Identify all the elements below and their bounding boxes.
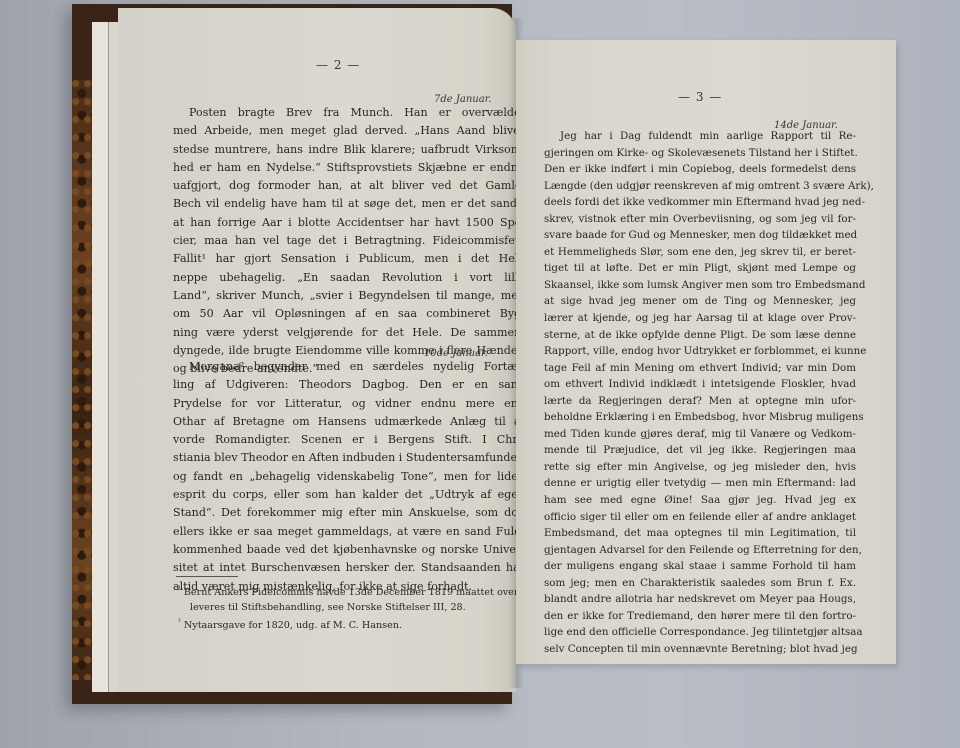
text-line: vorde Romandigter. Scenen er i Bergens S… [173,431,525,449]
footnote-text: Bernt Ankers Fideicommis havde 13de Dece… [184,587,522,598]
text-line: gjentagen Advarsel for den Feilende og E… [544,542,856,559]
footnote-1: ¹ Bernt Ankers Fideicommis havde 13de De… [178,582,518,601]
text-line: et Hemmeligheds Slør, som ene den, jeg s… [544,244,856,261]
text-line: cier, maa han vel tage det i Betragtning… [173,232,525,250]
entry-body: Jeg har i Dag fuldendt min aarlige Rappo… [544,128,856,658]
footnote-1-cont: leveres til Stiftsbehandling, see Norske… [178,601,518,616]
text-line: med Tiden kunde gjøres deraf, mig til Va… [544,426,856,443]
text-line: sitet at intet Burschenvæsen hersker der… [173,559,525,577]
footnote-text: Nytaarsgave for 1820, udg. af M. C. Hans… [184,620,402,631]
text-line: skrev, vistnok efter min Overbeviisning,… [544,211,856,228]
page-block-edge [92,22,108,692]
text-line: Rapport, ville, endog hvor Udtrykket er … [544,343,856,360]
text-line: den er ikke for Trediemand, den hører me… [544,608,856,625]
text-line: at sige hvad jeg mener om de Ting og Men… [544,293,856,310]
text-line: uafgjort, dog formoder han, at alt blive… [173,177,525,195]
marbled-spine-edge [72,80,92,680]
text-line: tiget til at løfte. Det er min Pligt, sk… [544,260,856,277]
text-line: tage Feil af min Mening om ethvert Indiv… [544,360,856,377]
right-page: — 3 — 14de Januar. Jeg har i Dag fuldend… [516,40,896,664]
text-line: om ethvert Individ indklædt i intetsigen… [544,376,856,393]
text-line: Stand“. Det forekommer mig efter min Ans… [173,504,525,522]
text-line: Bech vil endelig have ham til at søge de… [173,195,525,213]
photo-scene: — 2 — 7de Januar. Posten bragte Brev fra… [0,0,960,748]
text-line: stedse muntrere, hans indre Blik klarere… [173,141,525,159]
text-line: lærte da Regjeringen deraf? Men at opteg… [544,393,856,410]
text-line: selv Concepten til min ovennævnte Beretn… [544,641,856,658]
text-line: Morgana² begynder med en særdeles nydeli… [173,358,525,376]
text-line: ellers ikke er saa meget gammeldags, at … [173,523,525,541]
text-line: stiania blev Theodor en Aften indbuden i… [173,449,525,467]
text-line: mende til Præjudice, det vil jeg ikke. R… [544,442,856,459]
entry-body: Morgana² begynder med en særdeles nydeli… [173,358,525,596]
footnote-mark: ² [178,618,181,626]
text-line: Længde (den udgjør reenskreven af mig om… [544,178,856,195]
footnote-2: ² Nytaarsgave for 1820, udg. af M. C. Ha… [178,615,518,634]
text-line: gjeringen om Kirke- og Skolevæsenets Til… [544,145,856,162]
text-line: ning være yderst velgjørende for det Hel… [173,324,525,342]
text-line: officio siger til eller om en feilende e… [544,509,856,526]
footnotes: ¹ Bernt Ankers Fideicommis havde 13de De… [178,582,518,634]
text-line: at han forrige Aar i blotte Accidentser … [173,214,525,232]
text-line: rette sig efter min Angivelse, og jeg mi… [544,459,856,476]
text-line: ling af Udgiveren: Theodors Dagbog. Den … [173,376,525,394]
text-line: beholdne Erklæring i en Embedsbog, hvor … [544,409,856,426]
footnote-mark: ¹ [178,585,181,593]
left-page: — 2 — 7de Januar. Posten bragte Brev fra… [118,8,516,692]
text-line: der muligens engang skal staae i samme F… [544,558,856,575]
text-line: blandt andre allotria har nedskrevet om … [544,591,856,608]
text-line: lærer at kjende, og jeg har Aarsag til a… [544,310,856,327]
text-line: om 50 Aar vil Opløsningen af en saa comb… [173,305,525,323]
page-number: — 2 — [316,58,360,72]
text-line: og fandt en „behagelig videnskabelig Ton… [173,468,525,486]
text-line: lige end den officielle Correspondance. … [544,624,856,641]
text-line: Den er ikke indført i min Copiebog, deel… [544,161,856,178]
text-line: Othar af Bretagne om Hansens udmærkede A… [173,413,525,431]
text-line: Skaansel, ikke som lumsk Angiver men som… [544,277,856,294]
text-line: Land“, skriver Munch, „svier i Begyndels… [173,287,525,305]
text-line: med Arbeide, men meget glad derved. „Han… [173,122,525,140]
text-line: Jeg har i Dag fuldendt min aarlige Rappo… [544,128,856,145]
footnote-rule [176,576,238,577]
text-line: Embedsmand, det maa optegnes til min Leg… [544,525,856,542]
text-line: svare baade for Gud og Mennesker, men do… [544,227,856,244]
entry-body: Posten bragte Brev fra Munch. Han er ove… [173,104,525,378]
text-line: sterne, at de ikke opfylde denne Pligt. … [544,327,856,344]
text-line: Fallit¹ har gjort Sensation i Publicum, … [173,250,525,268]
text-line: ham see med egne Øine! Saa gjør jeg. Hva… [544,492,856,509]
text-line: esprit du corps, eller som han kalder de… [173,486,525,504]
text-line: som jeg; men en Charakteristik saaledes … [544,575,856,592]
text-line: denne er urigtig eller tvetydig — men mi… [544,475,856,492]
text-line: kommenhed baade ved det kjøbenhavnske og… [173,541,525,559]
text-line: hed er ham en Nydelse.“ Stiftsprovstiets… [173,159,525,177]
text-line: neppe ubehagelig. „En saadan Revolution … [173,269,525,287]
page-number: — 3 — [678,90,722,104]
text-line: Prydelse for vor Litteratur, og vidner e… [173,395,525,413]
text-line: deels fordi det ikke vedkommer min Efter… [544,194,856,211]
text-line: Posten bragte Brev fra Munch. Han er ove… [173,104,525,122]
